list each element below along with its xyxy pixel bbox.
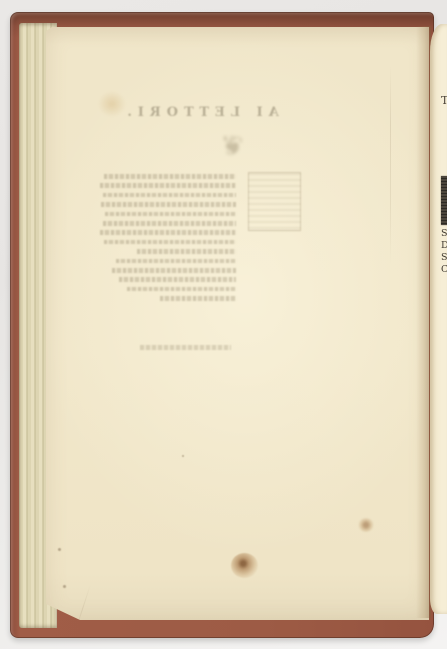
showthrough-heading: AI LETTORI. — [110, 105, 290, 120]
showthrough-line — [100, 230, 236, 235]
facing-page-sliver: T SDSC — [430, 24, 447, 614]
foxing-stain-large — [231, 553, 258, 578]
showthrough-line — [103, 221, 236, 226]
sliver-initials: SDSC — [441, 228, 447, 276]
showthrough-line — [112, 268, 236, 273]
page-crease — [74, 584, 91, 620]
showthrough-line — [127, 287, 236, 292]
showthrough-line — [119, 277, 236, 282]
foxing-stain-small — [358, 518, 374, 532]
showthrough-line — [100, 183, 236, 188]
sliver-top-letter: T — [441, 94, 447, 107]
sliver-line-initial: C — [441, 264, 447, 276]
showthrough-line — [116, 259, 236, 264]
showthrough-line — [105, 212, 236, 217]
showthrough-line — [103, 193, 236, 198]
blank-verso-page: AI LETTORI. ❦ — [46, 27, 429, 620]
showthrough-line — [101, 202, 236, 207]
paper-speck — [58, 548, 61, 551]
sliver-line-initial: S — [441, 252, 447, 264]
showthrough-paragraph — [100, 174, 236, 305]
foxing-stain-pale — [98, 91, 126, 117]
showthrough-ornament: ❦ — [209, 127, 255, 171]
showthrough-line — [137, 249, 236, 254]
showthrough-closing-line — [140, 345, 231, 350]
showthrough-line — [104, 174, 236, 179]
paper-speck — [182, 455, 184, 457]
gutter-shadow — [416, 26, 431, 618]
page-crease — [390, 65, 391, 265]
showthrough-line — [104, 240, 236, 245]
sliver-woodcut-initial-edge — [441, 176, 447, 225]
showthrough-initial-box — [248, 172, 301, 231]
showthrough-line — [160, 296, 236, 301]
paper-speck — [63, 585, 66, 588]
sliver-line-initial: S — [441, 228, 447, 240]
book-photo-scene: AI LETTORI. ❦ T SDSC — [0, 0, 447, 649]
sliver-line-initial: D — [441, 240, 447, 252]
